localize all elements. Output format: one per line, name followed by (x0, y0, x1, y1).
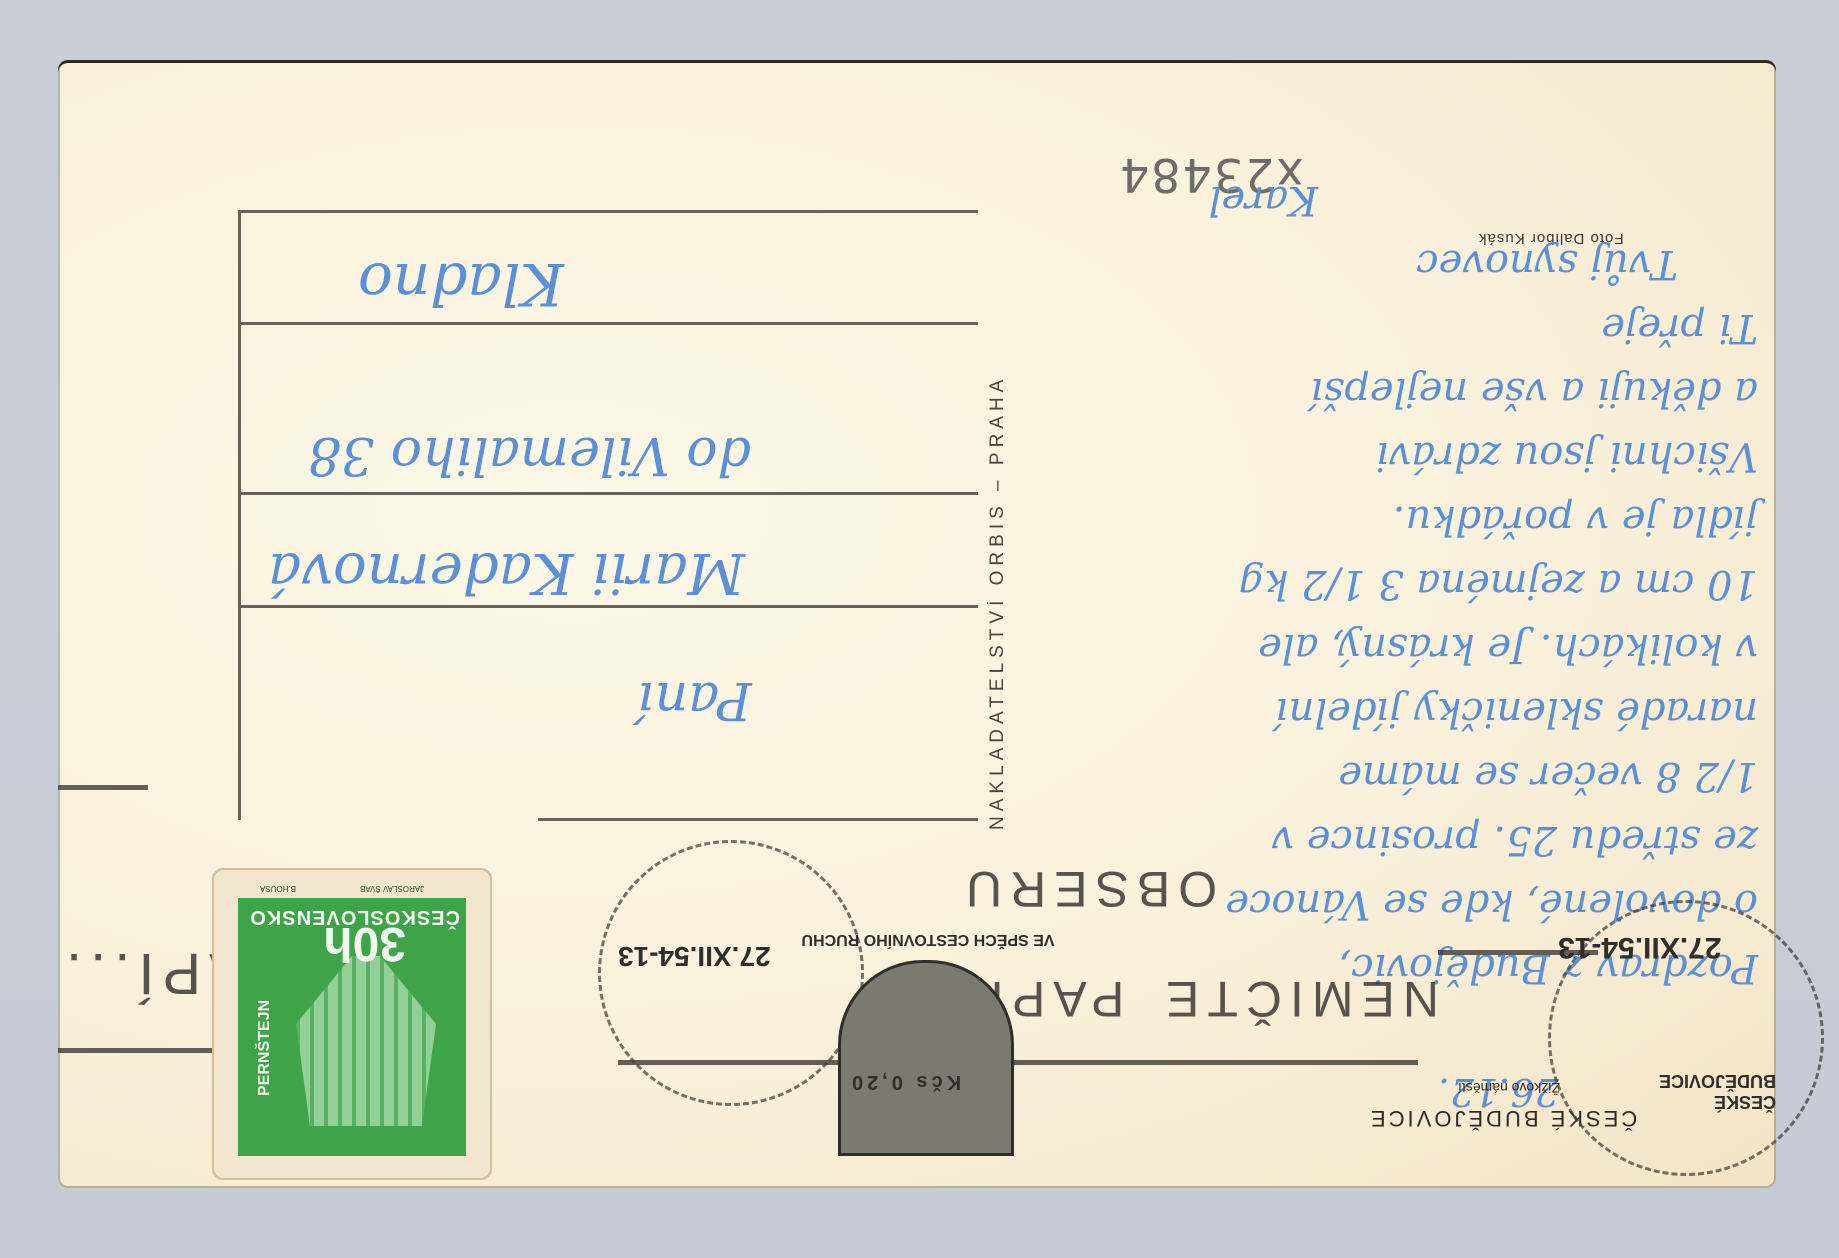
castle-illustration (296, 956, 436, 1126)
cancel-slogan-fragment: NEMIČTE (1158, 970, 1439, 1028)
address-street: do Vilemaliho 38 (308, 425, 751, 485)
address-city: Kladno (358, 250, 564, 318)
cancel-slogan-fragment: OBSERU (958, 860, 1217, 918)
message-signature: Karel (998, 168, 1758, 232)
message-line: 10 cm a zejména 3 1/2 kg (998, 552, 1758, 616)
stamp-designer: JAROSLAV ŠVAB (360, 884, 424, 893)
caption-place: Žižkovo náměstí (1458, 1080, 1560, 1096)
message-line: Všichni jsou zdrávi (998, 424, 1758, 488)
postmark-town: ČESKÉ BUDĚJOVICE (1638, 1070, 1776, 1112)
message-line: v kolikách. Je krásný, ale (998, 616, 1758, 680)
stamp-country: ČESKOSLOVENSKO (249, 905, 460, 928)
stamp-design: 30h ČESKOSLOVENSKO PERNŠTEJN (238, 898, 466, 1156)
address-line (238, 322, 978, 325)
address-salutation: Paní (638, 670, 752, 730)
cancel-bar (58, 785, 148, 790)
message-line: Ti přeje (998, 296, 1758, 360)
address-line (538, 818, 978, 821)
address-line (238, 605, 978, 608)
postmark-date: 27.XII.54-13 (618, 940, 771, 972)
address-name: Marii Kadernová (268, 540, 745, 605)
message-line: 1/2 8 večer se máme (998, 744, 1758, 808)
address-box-border (238, 210, 241, 820)
tourism-logo (838, 960, 1014, 1156)
postmark-date: 27.XII.54-13 (1558, 930, 1721, 964)
message-line: a děkuji a vše nejlepší (998, 360, 1758, 424)
postcard: x23484 Foto Dalibor Kusák NAKLADATELSTVÍ… (58, 60, 1776, 1188)
postage-stamp: 30h ČESKOSLOVENSKO PERNŠTEJN B.HOUSA JAR… (220, 876, 484, 1172)
address-line (238, 210, 978, 213)
logo-value: Kčs 0,20 (848, 1070, 961, 1093)
stamp-engraver: B.HOUSA (260, 884, 296, 893)
stamp-subject: PERNŠTEJN (256, 1000, 274, 1096)
message-line: Tvůj synovec (998, 232, 1758, 296)
message-line: naradé skleničky jídelní (998, 680, 1758, 744)
logo-text: VE SPĚCH CESTOVNÍHO RUCHU (778, 930, 1078, 948)
address-box (238, 210, 978, 820)
postmark-circle (598, 840, 864, 1106)
address-line (238, 492, 978, 495)
message-line: jídla je v pořádku. (998, 488, 1758, 552)
